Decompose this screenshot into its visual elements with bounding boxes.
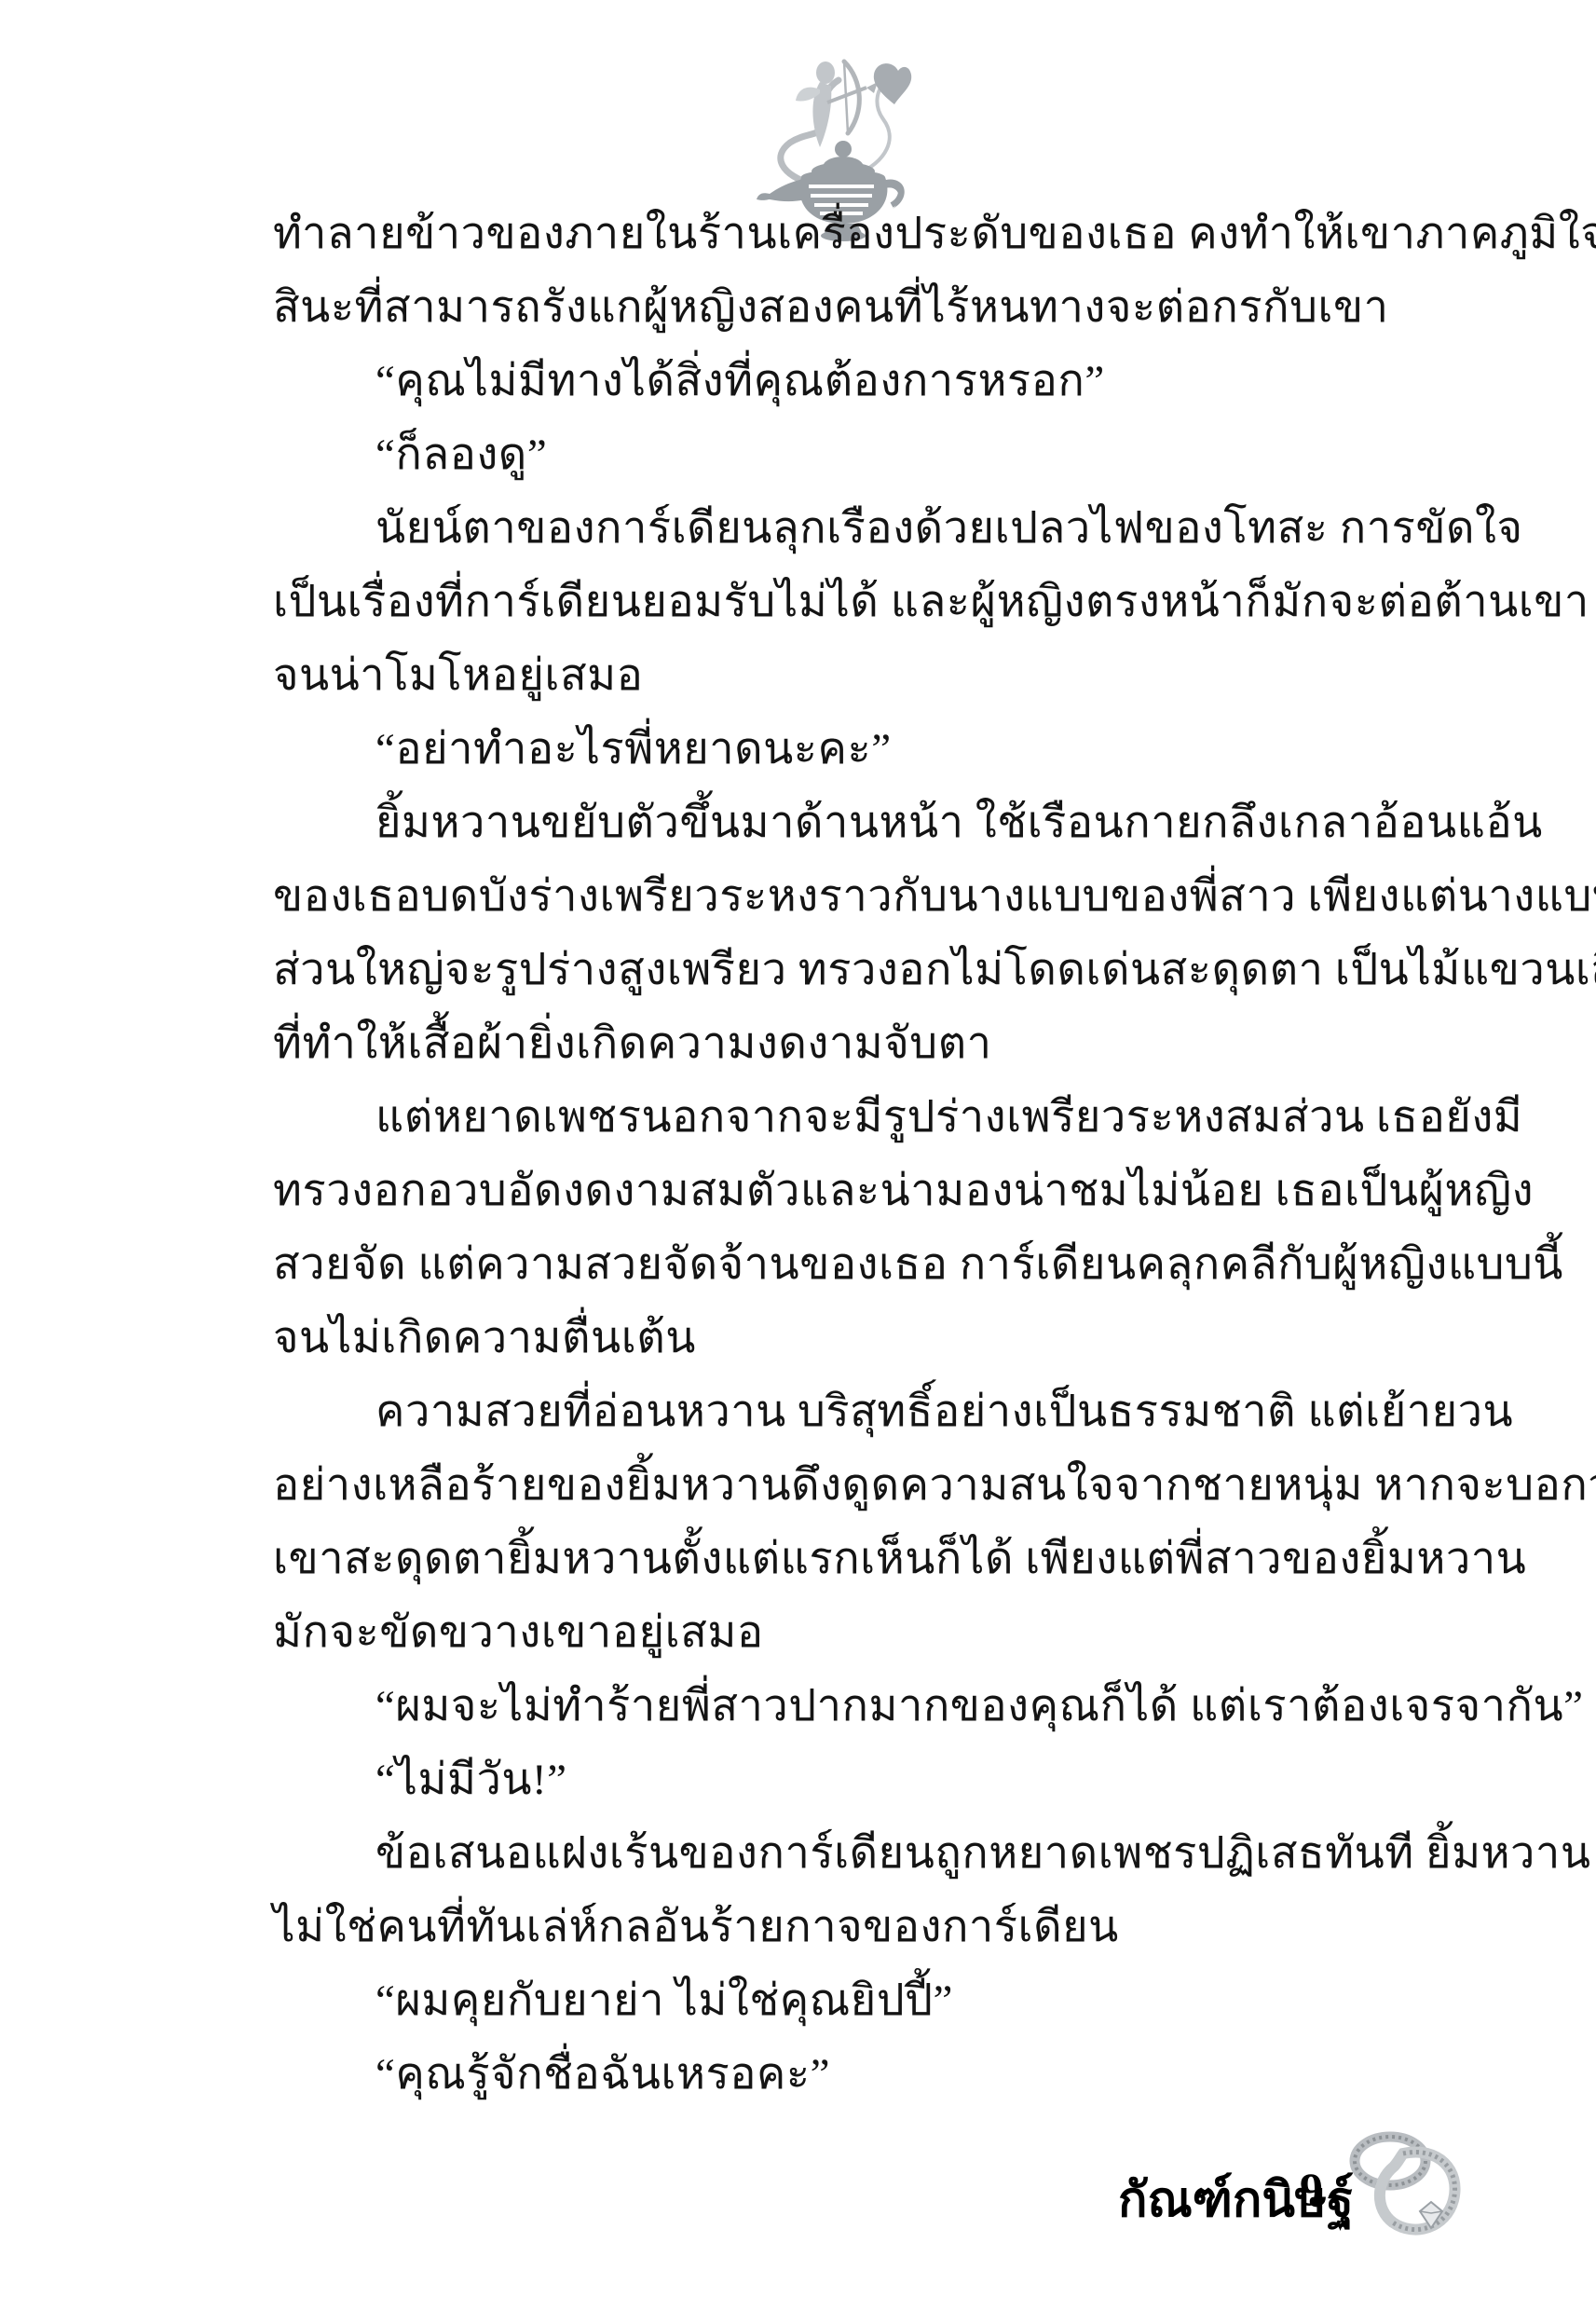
diamond-rings-image: [1342, 2129, 1467, 2246]
page-footer: กัณฑ์กนิษฐ์ 9: [0, 2153, 1596, 2292]
text-line: ความสวยที่อ่อนหวาน บริสุทธิ์อย่างเป็นธรร…: [273, 1375, 1438, 1449]
diamond-rings-icon: [1342, 2129, 1467, 2246]
text-line: ข้อเสนอแฝงเร้นของการ์เดียนถูกหยาดเพชรปฏิ…: [273, 1817, 1438, 1891]
text-line: มักจะขัดขวางเขาอยู่เสมอ: [273, 1596, 1438, 1670]
body-text: ทำลายข้าวของภายในร้านเครื่องประดับของเธอ…: [273, 198, 1438, 2112]
text-line: “ผมจะไม่ทำร้ายพี่สาวปากมากของคุณก็ได้ แต…: [273, 1670, 1438, 1744]
text-line: ที่ทำให้เสื้อผ้ายิ่งเกิดความงดงามจับตา: [273, 1007, 1438, 1081]
text-line: จนน่าโมโหอยู่เสมอ: [273, 639, 1438, 713]
text-line: “ไม่มีวัน!”: [273, 1744, 1438, 1817]
text-line: “ผมคุยกับยาย่า ไม่ใช่คุณยิปปี้”: [273, 1964, 1438, 2038]
text-line: ยิ้มหวานขยับตัวขึ้นมาด้านหน้า ใช้เรือนกา…: [273, 786, 1438, 860]
text-line: นัยน์ตาของการ์เดียนลุกเรืองด้วยเปลวไฟของ…: [273, 492, 1438, 566]
text-line: อย่างเหลือร้ายของยิ้มหวานดึงดูดความสนใจจ…: [273, 1449, 1438, 1523]
footer-page-number: 9: [1300, 2162, 1323, 2216]
text-line: สวยจัด แต่ความสวยจัดจ้านของเธอ การ์เดียน…: [273, 1228, 1438, 1302]
text-line: จนไม่เกิดความตื่นเต้น: [273, 1302, 1438, 1375]
front-ring: [1380, 2153, 1455, 2230]
text-line: ของเธอบดบังร่างเพรียวระหงราวกับนางแบบของ…: [273, 860, 1438, 934]
text-line: เขาสะดุดตายิ้มหวานตั้งแต่แรกเห็นก็ได้ เพ…: [273, 1523, 1438, 1596]
text-line: ทำลายข้าวของภายในร้านเครื่องประดับของเธอ…: [273, 198, 1438, 271]
text-line: “คุณไม่มีทางได้สิ่งที่คุณต้องการหรอก”: [273, 345, 1438, 418]
text-line: “ก็ลองดู”: [273, 418, 1438, 492]
text-line: สินะที่สามารถรังแกผู้หญิงสองคนที่ไร้หนทา…: [273, 271, 1438, 345]
text-line: ทรวงอกอวบอัดงดงามสมตัวและน่ามองน่าชมไม่น…: [273, 1155, 1438, 1228]
text-line: ไม่ใช่คนที่ทันเล่ห์กลอันร้ายกาจของการ์เด…: [273, 1891, 1438, 1964]
text-line: “อย่าทำอะไรพี่หยาดนะคะ”: [273, 713, 1438, 786]
book-page: ทำลายข้าวของภายในร้านเครื่องประดับของเธอ…: [0, 0, 1596, 2311]
text-line: แต่หยาดเพชรนอกจากจะมีรูปร่างเพรียวระหงสม…: [273, 1081, 1438, 1155]
text-line: ส่วนใหญ่จะรูปร่างสูงเพรียว ทรวงอกไม่โดดเ…: [273, 934, 1438, 1007]
text-line: เป็นเรื่องที่การ์เดียนยอมรับไม่ได้ และผู…: [273, 566, 1438, 639]
heart-icon: [874, 63, 911, 104]
text-line: “คุณรู้จักชื่อฉันเหรอคะ”: [273, 2038, 1438, 2112]
